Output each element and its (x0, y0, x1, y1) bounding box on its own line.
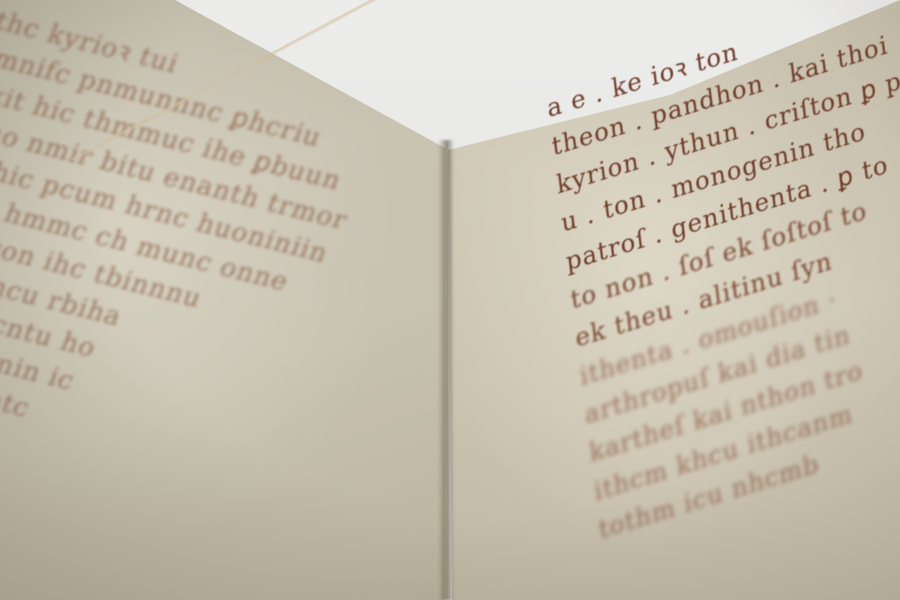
right-page-text: a e . ke ioꝛ ton theon . pandhon . kai t… (545, 0, 900, 550)
book-gutter (438, 140, 454, 600)
left-page: ꝛthc kyrioꝛ tui iamnifc pnmunnnc ꝑhcriu … (0, 0, 445, 600)
manuscript-photo: ꝛthc kyrioꝛ tui iamnifc pnmunnnc ꝑhcriu … (0, 0, 900, 600)
left-page-text: ꝛthc kyrioꝛ tui iamnifc pnmunnnc ꝑhcriu … (0, 0, 395, 517)
